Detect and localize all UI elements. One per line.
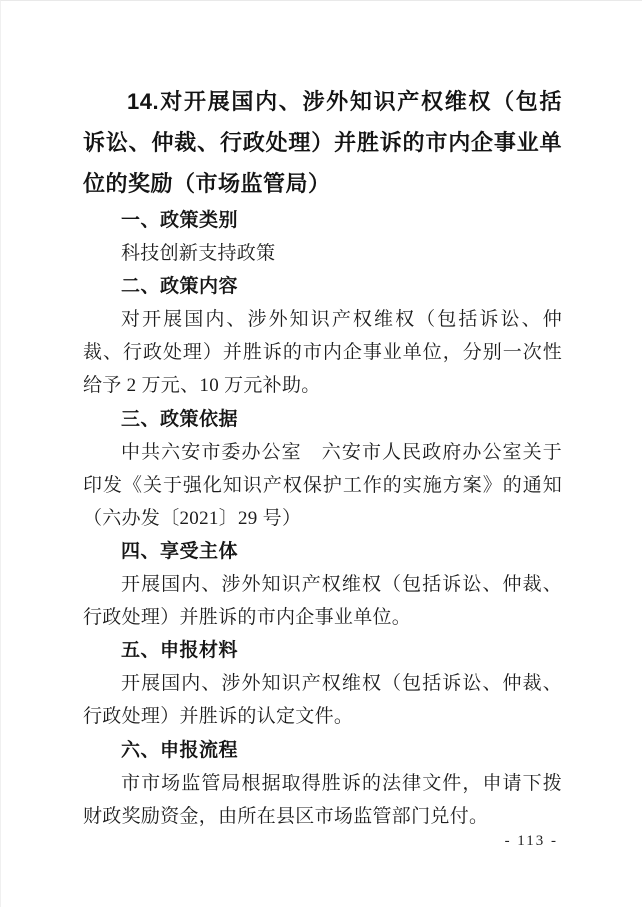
section-application-process: 六、申报流程 市市场监管局根据取得胜诉的法律文件，申请下拨财政奖励资金，由所在县… xyxy=(83,734,562,833)
section-heading-policy-basis: 三、政策依据 xyxy=(83,403,562,436)
section-body-policy-category: 科技创新支持政策 xyxy=(83,237,562,270)
document-page: 14.对开展国内、涉外知识产权维权（包括诉讼、仲裁、行政处理）并胜诉的市内企事业… xyxy=(0,0,642,907)
document-content: 14.对开展国内、涉外知识产权维权（包括诉讼、仲裁、行政处理）并胜诉的市内企事业… xyxy=(83,81,562,833)
section-body-beneficiary: 开展国内、涉外知识产权维权（包括诉讼、仲裁、行政处理）并胜诉的市内企事业单位。 xyxy=(83,568,562,634)
section-body-policy-basis: 中共六安市委办公室 六安市人民政府办公室关于印发《关于强化知识产权保护工作的实施… xyxy=(83,436,562,535)
section-policy-basis: 三、政策依据 中共六安市委办公室 六安市人民政府办公室关于印发《关于强化知识产权… xyxy=(83,403,562,535)
section-heading-application-materials: 五、申报材料 xyxy=(83,634,562,667)
document-title: 14.对开展国内、涉外知识产权维权（包括诉讼、仲裁、行政处理）并胜诉的市内企事业… xyxy=(83,81,562,204)
section-heading-application-process: 六、申报流程 xyxy=(83,734,562,767)
section-policy-content: 二、政策内容 对开展国内、涉外知识产权维权（包括诉讼、仲裁、行政处理）并胜诉的市… xyxy=(83,270,562,402)
section-heading-policy-category: 一、政策类别 xyxy=(83,204,562,237)
section-body-application-materials: 开展国内、涉外知识产权维权（包括诉讼、仲裁、行政处理）并胜诉的认定文件。 xyxy=(83,667,562,733)
section-heading-beneficiary: 四、享受主体 xyxy=(83,535,562,568)
section-body-policy-content: 对开展国内、涉外知识产权维权（包括诉讼、仲裁、行政处理）并胜诉的市内企事业单位，… xyxy=(83,303,562,402)
section-policy-category: 一、政策类别 科技创新支持政策 xyxy=(83,204,562,270)
section-heading-policy-content: 二、政策内容 xyxy=(83,270,562,303)
section-body-application-process: 市市场监管局根据取得胜诉的法律文件，申请下拨财政奖励资金，由所在县区市场监管部门… xyxy=(83,767,562,833)
section-beneficiary: 四、享受主体 开展国内、涉外知识产权维权（包括诉讼、仲裁、行政处理）并胜诉的市内… xyxy=(83,535,562,634)
page-number: - 113 - xyxy=(505,833,558,850)
section-application-materials: 五、申报材料 开展国内、涉外知识产权维权（包括诉讼、仲裁、行政处理）并胜诉的认定… xyxy=(83,634,562,733)
